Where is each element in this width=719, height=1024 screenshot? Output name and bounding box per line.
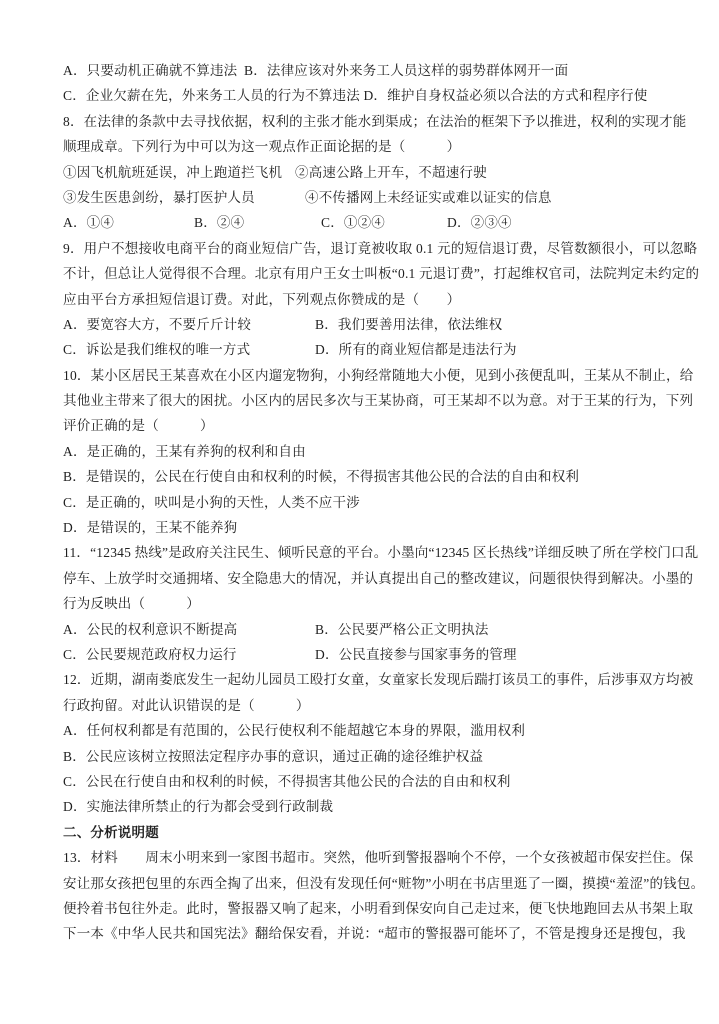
q11-stem-line3: 行为反映出（ ）: [63, 591, 657, 616]
q13-material-line2: 安让那女孩把包里的东西全掏了出来，但没有发现任何“赃物”小明在书店里逛了一圈，摸…: [63, 871, 657, 896]
q10-option-b: B．是错误的，公民在行使自由和权利的时候，不得损害其他公民的合法的自由和权利: [63, 464, 657, 489]
q8-choice-b: B．②④: [194, 210, 321, 235]
q10-option-d: D．是错误的，王某不能养狗: [63, 515, 657, 540]
q10-stem-line3: 评价正确的是（ ）: [63, 413, 657, 438]
q11-options-row-cd: C．公民要规范政府权力运行 D．公民直接参与国家事务的管理: [63, 642, 657, 667]
q9-options-row-cd: C．诉讼是我们维权的唯一方式 D．所有的商业短信都是违法行为: [63, 337, 657, 362]
q9-stem-line2: 不计，但总让人觉得很不合理。北京有用户王女士叫板“0.1 元退订费”，打起维权官…: [63, 261, 657, 286]
q11-option-c: C．公民要规范政府权力运行: [63, 642, 315, 667]
q8-items-row1: ①因飞机航班延误，冲上跑道拦飞机 ②高速公路上开车，不超速行驶: [63, 160, 657, 185]
q9-option-a: A．要宽容大方，不要斤斤计较: [63, 312, 315, 337]
section2-heading: 二、分析说明题: [63, 820, 657, 845]
q12-stem-line2: 行政拘留。对此认识错误的是（ ）: [63, 693, 657, 718]
q11-option-a: A．公民的权利意识不断提高: [63, 617, 315, 642]
q11-option-d: D．公民直接参与国家事务的管理: [315, 642, 657, 667]
q8-item-4: ④不传播网上未经证实或难以证实的信息: [305, 185, 657, 210]
q7-options-row-cd: C．企业欠薪在先，外来务工人员的行为不算违法 D．维护自身权益必须以合法的方式和…: [63, 83, 657, 108]
q8-choice-a: A．①④: [63, 210, 194, 235]
q11-option-b: B．公民要严格公正文明执法: [315, 617, 657, 642]
q7-options-row-ab: A．只要动机正确就不算违法 B．法律应该对外来务工人员这样的弱势群体网开一面: [63, 58, 657, 83]
q8-stem-line2: 顺理成章。下列行为中可以为这一观点作正面论据的是（ ）: [63, 134, 657, 159]
q8-items-row2: ③发生医患剑纷，暴打医护人员 ④不传播网上未经证实或难以证实的信息: [63, 185, 657, 210]
q10-option-c: C．是正确的，吠叫是小狗的天性，人类不应干涉: [63, 490, 657, 515]
q11-stem-line1: 11．“12345 热线”是政府关注民生、倾听民意的平台。小墨向“12345 区…: [63, 540, 657, 565]
q9-stem-line1: 9．用户不想接收电商平台的商业短信广告，退订竟被收取 0.1 元的短信退订费，尽…: [63, 236, 657, 261]
q10-stem-line1: 10．某小区居民王某喜欢在小区内遛宠物狗，小狗经常随地大小便，见到小孩便乱叫，王…: [63, 363, 657, 388]
q11-options-row-ab: A．公民的权利意识不断提高 B．公民要严格公正文明执法: [63, 617, 657, 642]
q8-item-3: ③发生医患剑纷，暴打医护人员: [63, 185, 305, 210]
q8-choice-c: C．①②④: [321, 210, 447, 235]
q13-material-line4: 下一本《中华人民共和国宪法》翻给保安看，并说：“超市的警报器可能坏了，不管是搜身…: [63, 921, 657, 946]
q9-option-b: B．我们要善用法律，依法维权: [315, 312, 657, 337]
q10-stem-line2: 其他业主带来了很大的困扰。小区内的居民多次与王某协商，可王某却不以为意。对于王某…: [63, 388, 657, 413]
q8-item-2: ②高速公路上开车，不超速行驶: [295, 160, 657, 185]
q12-option-a: A．任何权利都是有范围的，公民行使权利不能超越它本身的界限，滥用权利: [63, 718, 657, 743]
q11-stem-line2: 停车、上放学时交通拥堵、安全隐患大的情况，并认真提出自己的整改建议，问题很快得到…: [63, 566, 657, 591]
q12-option-b: B．公民应该树立按照法定程序办事的意识，通过正确的途径维护权益: [63, 744, 657, 769]
q12-stem-line1: 12．近期，湖南娄底发生一起幼儿园员工殴打女童，女童家长发现后踹打该员工的事件，…: [63, 667, 657, 692]
q9-option-d: D．所有的商业短信都是违法行为: [315, 337, 657, 362]
exam-document-page: A．只要动机正确就不算违法 B．法律应该对外来务工人员这样的弱势群体网开一面 C…: [0, 0, 719, 1024]
q12-option-c: C．公民在行使自由和权利的时候，不得损害其他公民的合法的自由和权利: [63, 769, 657, 794]
q9-options-row-ab: A．要宽容大方，不要斤斤计较 B．我们要善用法律，依法维权: [63, 312, 657, 337]
q7-option-a: A．只要动机正确就不算违法: [63, 58, 244, 83]
q7-option-b: B．法律应该对外来务工人员这样的弱势群体网开一面: [244, 58, 657, 83]
q8-choices-row: A．①④ B．②④ C．①②④ D．②③④: [63, 210, 657, 235]
q9-option-c: C．诉讼是我们维权的唯一方式: [63, 337, 315, 362]
q8-choice-d: D．②③④: [447, 210, 657, 235]
q13-material-line1: 13．材料 周末小明来到一家图书超市。突然，他听到警报器响个不停，一个女孩被超市…: [63, 845, 657, 870]
q9-stem-line3: 应由平台方承担短信退订费。对此，下列观点你赞成的是（ ）: [63, 287, 657, 312]
q13-material-line3: 便拎着书包往外走。此时，警报器又响了起来，小明看到保安向自己走过来，便飞快地跑回…: [63, 896, 657, 921]
q8-stem-line1: 8．在法律的条款中去寻找依据，权利的主张才能水到渠成；在法治的框架下予以推进，权…: [63, 109, 657, 134]
q8-item-1: ①因飞机航班延误，冲上跑道拦飞机: [63, 160, 295, 185]
q10-option-a: A．是正确的，王某有养狗的权利和自由: [63, 439, 657, 464]
q12-option-d: D．实施法律所禁止的行为都会受到行政制裁: [63, 794, 657, 819]
